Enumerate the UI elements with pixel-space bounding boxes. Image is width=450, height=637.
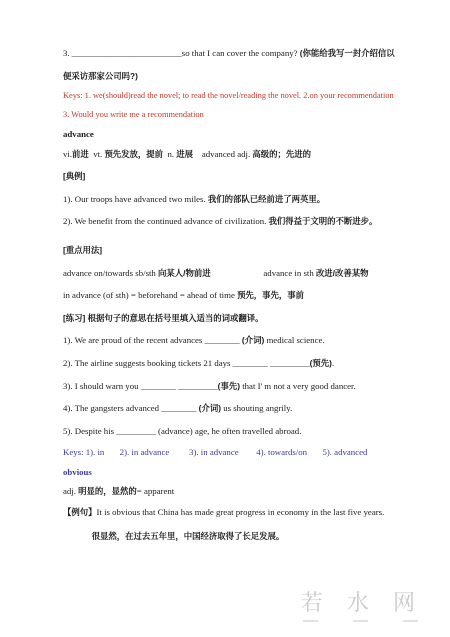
watermark-subtext-bar: [403, 620, 418, 622]
example-line: 1). Our troops have advanced two miles. …: [63, 188, 408, 211]
label-line: [重点用法]: [63, 239, 408, 262]
entry-word: obvious: [63, 463, 408, 482]
example-sentences: 1). Our troops have advanced two miles. …: [63, 188, 408, 233]
answer-key-line: Keys: 1. we(should)read the novel; to re…: [63, 87, 408, 106]
practice-line: 5). Despite his _________ (advance) age,…: [63, 420, 408, 443]
practice-label: [练习] 根据句子的意思在括号里填入适当的词或翻译。: [63, 307, 408, 330]
pos-line: vi.前进 vt. 预先发放，提前 n. 进展 advanced adj. 高级…: [63, 144, 408, 165]
obvious-example-translation: 很显然，在过去五年里，中国经济取得了长足发展。: [63, 524, 408, 549]
usage-line: in advance (of sth) = beforehand = ahead…: [63, 284, 408, 307]
typical-examples-label: [典例]: [63, 165, 408, 188]
obvious-definitions: adj. 明显的，显然的= apparent: [63, 482, 408, 501]
practice-exercises: 1). We are proud of the recent advances …: [63, 329, 408, 442]
watermark: 若 水 网: [301, 586, 424, 622]
answer-key-line: Keys: 1). in 2). in advance 3). in advan…: [63, 442, 408, 463]
watermark-subtext: [301, 617, 424, 622]
answer-keys-blue: Keys: 1). in 2). in advance 3). in advan…: [63, 442, 408, 463]
translation-line: 很显然，在过去五年里，中国经济取得了长足发展。: [63, 524, 408, 549]
key-usage-label: [重点用法]: [63, 239, 408, 262]
label-line: [练习] 根据句子的意思在括号里填入适当的词或翻译。: [63, 307, 408, 330]
watermark-text: 若 水 网: [301, 586, 424, 617]
answer-keys-red: Keys: 1. we(should)read the novel; to re…: [63, 87, 408, 124]
label-line: [典例]: [63, 165, 408, 188]
advance-definitions: vi.前进 vt. 预先发放，提前 n. 进展 advanced adj. 高级…: [63, 144, 408, 165]
answer-key-line: 3. Would you write me a recommendation: [63, 106, 408, 125]
question-line-continued: 便采访那家公司吗?): [63, 65, 408, 88]
practice-line: 3). I should warn you ________ _________…: [63, 375, 408, 398]
practice-line: 2). The airline suggests booking tickets…: [63, 352, 408, 375]
usage-patterns: advance on/towards sb/sth 向某人/物前进 advanc…: [63, 262, 408, 307]
entry-word: advance: [63, 124, 408, 144]
obvious-example: 【例句】It is obvious that China has made gr…: [63, 501, 408, 524]
watermark-subtext-bar: [303, 620, 318, 622]
practice-line: 4). The gangsters advanced ________ (介词)…: [63, 397, 408, 420]
example-line: 【例句】It is obvious that China has made gr…: [63, 501, 408, 524]
practice-line: 1). We are proud of the recent advances …: [63, 329, 408, 352]
pos-line: adj. 明显的，显然的= apparent: [63, 482, 408, 501]
example-line: 2). We benefit from the continued advanc…: [63, 210, 408, 233]
watermark-subtext-bar: [353, 620, 368, 622]
usage-line: advance on/towards sb/sth 向某人/物前进 advanc…: [63, 262, 408, 285]
question-item: 3. _________________________so that I ca…: [63, 42, 408, 87]
word-entry-advance: advance: [63, 124, 408, 144]
document-page: 3. _________________________so that I ca…: [63, 42, 408, 549]
question-line: 3. _________________________so that I ca…: [63, 42, 408, 65]
word-entry-obvious: obvious: [63, 463, 408, 482]
